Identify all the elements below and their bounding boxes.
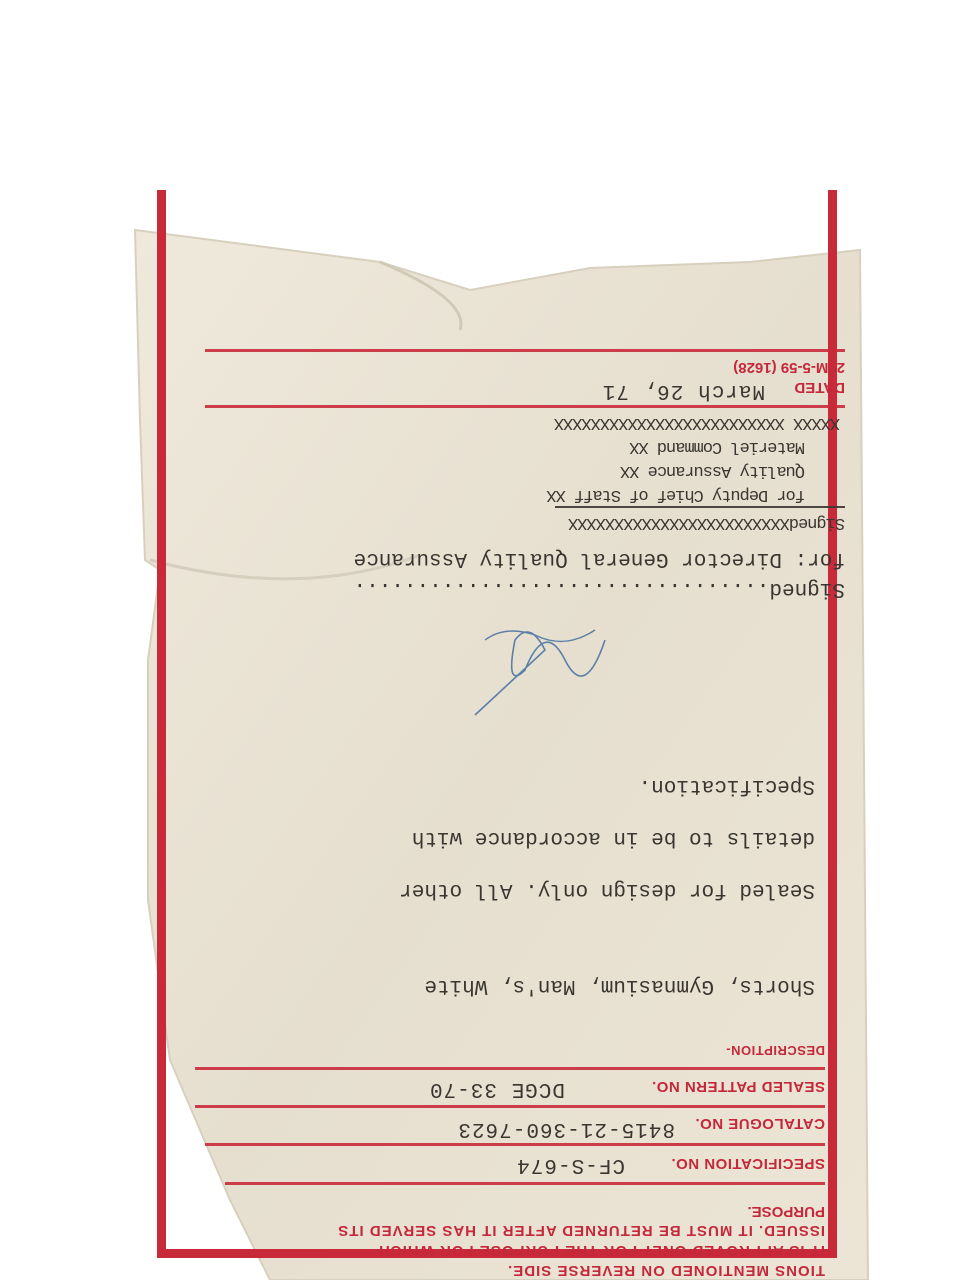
purpose-text: PURPOSE.: [747, 1203, 825, 1220]
specification-label: SPECIFICATION NO.: [671, 1155, 825, 1172]
divider: [205, 1143, 825, 1146]
divider: [225, 1182, 825, 1185]
divider: [195, 1067, 825, 1070]
description-label: DESCRIPTION-: [726, 1043, 825, 1058]
specification-value: CF-S-674: [516, 1153, 625, 1176]
fabric-label: TIONS MENTIONED ON REVERSE SIDE. IT IS A…: [0, 0, 960, 1280]
struck-text: SignedXXXXXXXXXXXXXXXXXXXXXXXX: [569, 513, 845, 532]
notice-text: TIONS MENTIONED ON REVERSE SIDE. IT IS A…: [185, 1220, 825, 1280]
struck-text: XXXXX XXXXXXXXXXXXXXXXXXXXXXXXX: [555, 413, 840, 432]
struck-text: Materiel Command XX: [630, 437, 805, 456]
dated-label: DATED: [794, 379, 845, 396]
catalogue-value: 8415-21-360-7623: [457, 1117, 675, 1140]
signed-line: Signed.................................: [354, 577, 845, 600]
notice-line: TIONS MENTIONED ON REVERSE SIDE.: [185, 1260, 825, 1280]
description-line: Specification.: [255, 772, 815, 798]
notice-line: ISSUED. IT MUST BE RETURNED AFTER IT HAS…: [185, 1220, 825, 1240]
struck-text: Quality Assurance XX: [621, 461, 805, 480]
struck-text: for Deputy Chief of Staff XX: [547, 485, 805, 504]
notice-line: IT IS APPROVED ONLY FOR THE PURPOSE FOR …: [185, 1240, 825, 1260]
form-code: 25M-5-59 (1628): [733, 359, 845, 376]
sealed-pattern-label-document: TIONS MENTIONED ON REVERSE SIDE. IT IS A…: [135, 230, 865, 1280]
catalogue-label: CATALOGUE NO.: [695, 1115, 825, 1132]
for-line: for: Director General Quality Assurance: [354, 547, 845, 570]
divider: [205, 405, 845, 408]
handwritten-signature: [445, 610, 625, 720]
sealed-pattern-label: SEALED PATTERN NO.: [652, 1078, 825, 1095]
description-line: Shorts, Gymnasium, Man's, White: [255, 972, 815, 998]
divider: [205, 349, 845, 352]
divider: [195, 1105, 825, 1108]
description-line: details to be in accordance with: [255, 824, 815, 850]
dated-value: March 26, 71: [602, 379, 765, 402]
divider: [555, 506, 845, 508]
description-line: Sealed for design only. All other: [255, 876, 815, 902]
sealed-pattern-value: DCGE 33-70: [429, 1077, 565, 1100]
description-text: Shorts, Gymnasium, Man's, White Sealed f…: [255, 746, 815, 1024]
